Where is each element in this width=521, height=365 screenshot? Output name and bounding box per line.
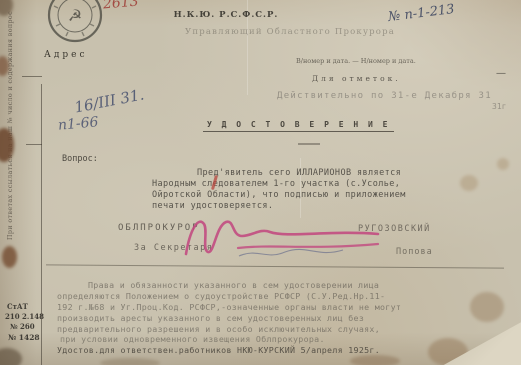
svg-text:☭: ☭ <box>68 6 82 25</box>
paper-stain <box>2 246 17 268</box>
footer-line: определяются Положением о судоустройстве… <box>57 291 385 301</box>
section-divider <box>46 264 504 268</box>
footer-line: производить аресты указанного в сем удос… <box>57 313 364 323</box>
margin-rule <box>41 84 42 365</box>
footer-line: предварительного разрешения и в особо ис… <box>57 324 380 334</box>
question-label: Вопрос: <box>62 154 98 164</box>
header-organization: Н.К.Ю. Р.С.Ф.С.Р. <box>146 10 306 20</box>
title-underline-mark <box>298 143 320 145</box>
body-line: Пред'явитель сего ИЛЛАРИОНОВ является <box>197 168 401 178</box>
handwritten-case-number: № п-1-213 <box>387 2 455 25</box>
paper-stain <box>497 158 509 170</box>
document-scan: ☭ 2613 Н.К.Ю. Р.С.Ф.С.Р. Управляющий Обл… <box>0 0 521 365</box>
signer-name-right2: Попова <box>396 247 433 257</box>
paper-stain <box>0 348 22 365</box>
paper-stain <box>100 358 160 365</box>
document-title: У Д О С Т О В Е Р Е Н И Е <box>203 120 394 132</box>
print-code: СтАТ <box>7 302 28 311</box>
round-seal-icon: ☭ <box>46 0 104 44</box>
dash-mark: — <box>496 68 506 79</box>
print-code: № 260 <box>10 322 35 331</box>
valid-until-line: Действительно по 31-е Декабря 31 <box>277 91 492 101</box>
handwritten-ref: п1-66 <box>57 114 99 133</box>
body-line: Ойротской Области), что подписью и прило… <box>152 190 406 200</box>
body-line: Народным следователем 1-го участка (с.Ус… <box>152 179 400 189</box>
for-notes-label: Для отметок. <box>312 74 401 83</box>
print-code: 210 2.148 <box>5 312 44 321</box>
valid-until-tail: 31г <box>492 102 506 111</box>
footer-line: при условии одновременного извещения Обл… <box>60 334 325 344</box>
numbers-date-line: В/номер и дата. — Н/номер и дата. <box>296 57 416 65</box>
paper-stain <box>470 292 504 322</box>
margin-tick <box>22 76 42 77</box>
address-label: Адрес <box>44 50 88 60</box>
footer-line: 192 г.№68 и Уг.Проц.Код. РСФСР,-означенн… <box>57 302 401 312</box>
paper-stain <box>460 175 478 191</box>
paper-stain <box>350 355 400 365</box>
handwritten-date: 16/III 31. <box>73 85 146 116</box>
margin-tick <box>26 144 42 145</box>
header-subtitle: Управляющий Областного Прокурора <box>175 27 405 37</box>
handwritten-red-number: 2613 <box>102 0 139 13</box>
signature-scrawl-blue <box>237 244 347 262</box>
footer-line: Права и обязанности указанного в сем удо… <box>88 280 379 290</box>
footer-line: Удостов.для ответствен.работников НКЮ-КУ… <box>57 345 380 355</box>
print-code: № 1428 <box>8 333 40 342</box>
